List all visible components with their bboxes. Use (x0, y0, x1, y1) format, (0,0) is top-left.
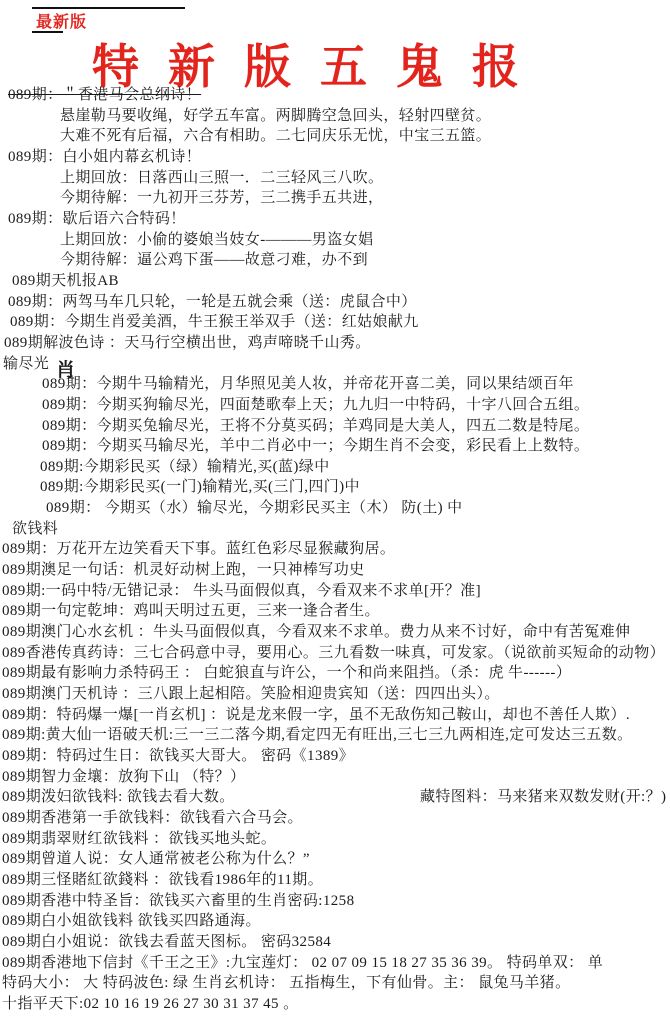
text-line: 今期待解：逼公鸡下蛋——故意刁难，办不到 (0, 250, 670, 271)
text-line: 089期香港地下信封《千王之王》:九宝莲灯： 02 07 09 15 18 27… (0, 953, 670, 974)
document-lines: 089期：＂香港马会总纲诗！悬崖勒马要收绳，好学五车富。两脚腾空急回头，轻射四壁… (0, 85, 670, 1015)
right-column-note: 藏特图料：马来猪来双数发财(开:？) (420, 787, 666, 808)
text-line: 089期澳足一句话：机灵好动树上跑，一只神棒写功史 (0, 560, 670, 581)
text-line: 089期： 今期买（水）输尽光，今期彩民买主（木） 防(土) 中 (0, 498, 670, 519)
text-line: 089期：白小姐内幕玄机诗！ (0, 147, 670, 168)
document: 最新版 特新版五鬼报 089期：＂香港马会总纲诗！悬崖勒马要收绳，好学五车富。两… (0, 0, 670, 1021)
text-line: 089期：今期生肖爱美酒，牛王猴王举双手（送：红姑娘献九 (0, 312, 670, 333)
edition-badge: 最新版 (36, 9, 87, 32)
text-line: 089期一句定乾坤：鸡叫天明过五更，三来一逢合者生。 (0, 601, 670, 622)
text-line: 今期待解：一九初开三芬芳，三二携手五共进， (0, 188, 670, 209)
text-line: 欲钱料 (0, 519, 670, 540)
text-line: 089期:今期彩民买（绿）输精光,买(蓝)绿中 (0, 457, 670, 478)
text-line: 089期澳门天机诗 ：三八跟上起相陪。笑脸相迎贵宾知（送：四四出头）。 (0, 684, 670, 705)
text-line: 悬崖勒马要收绳，好学五车富。两脚腾空急回头，轻射四壁贫。 (0, 106, 670, 127)
text-line: 089期香港第一手欲钱料：欲钱看六合马会。 (0, 808, 670, 829)
text-line: 089期解波色诗 ：天马行空横出世，鸡声啼晓千山秀。 (0, 333, 670, 354)
text-line: 089期：特码过生日：欲钱买大哥大。 密码《1389》 (0, 746, 670, 767)
text-line: 089期：今期买兔输尽光，王将不分莫买码；羊鸡同是大美人，四五二数是特尾。 (0, 416, 670, 437)
text-line: 089期：今期买狗输尽光，四面楚歌奉上天；九九归一中特码，十字八回合五组。 (0, 395, 670, 416)
text-line: 089期智力金壤：放狗下山 （特？） (0, 767, 670, 788)
text-line: 089期泼妇欲钱料: 欲钱去看大数。藏特图料：马来猪来双数发财(开:？) (0, 787, 670, 808)
text-line: 089期:黄大仙一语破天机:三一三二落今期,看定四无有旺出,三七三九两相连,定可… (0, 725, 670, 746)
text-line: 089期：＂香港马会总纲诗！ (0, 85, 670, 106)
text-line: 大难不死有后福，六合有相助。二七同庆乐无忧，中宝三五篮。 (0, 126, 670, 147)
text-line: 089期：今期牛马输精光，月华照见美人妆，并帝花开喜二美，同以果结颂百年 (0, 374, 670, 395)
text-line: 089期香港中特圣旨：欲钱买六畜里的生肖密码:1258 (0, 891, 670, 912)
text-line: 089期澳门心水玄机 ：牛头马面假似真，今看双来不求单。费力从来不讨好，命中有苦… (0, 622, 670, 643)
text-line: 特码大小： 大 特码波色: 绿 生肖玄机诗： 五指梅生，下有仙骨。主： 鼠兔马羊… (0, 973, 670, 994)
text-line: 089期：特码爆一爆[一肖玄机] ：说是龙来假一字，虽不无敌伤知己鞍山，却也不善… (0, 705, 670, 726)
text-line: 上期回放：小偷的婆娘当妓女-———男盗女娼 (0, 230, 670, 251)
text-line: 089期天机报AB (0, 271, 670, 292)
text-line: 输尽光肖 (0, 354, 670, 375)
text-line: 089期：万花开左边笑看天下事。蓝红色彩尽显猴藏狗居。 (0, 539, 670, 560)
text-line: 089期白小姐说：欲钱去看蓝天图标。 密码32584 (0, 932, 670, 953)
text-line: 089香港传真药诗：三七合码意中寻，要用心。三九看数一味真，可发家。（说欲前买短… (0, 643, 670, 664)
badge-under-rule (32, 31, 63, 33)
text-line: 089期:一码中特/无错记录： 牛头马面假似真，今看双来不求单[开？准] (0, 581, 670, 602)
text-line: 十指平天下:02 10 16 19 26 27 30 31 37 45 。 (0, 994, 670, 1015)
text-line: 089期三怪賭紅欲錢料 ：欲钱看1986年的11期。 (0, 870, 670, 891)
text-line: 089期:今期彩民买(一门)输精光,买(三门,四门)中 (0, 477, 670, 498)
text-line: 089期最有影响力杀特码王 ： 白蛇狼直与许公，一个和尚来阻挡。（杀：虎 牛--… (0, 663, 670, 684)
text-line: 089期：两驾马车几只轮，一轮是五就会乘（送：虎鼠合中） (0, 292, 670, 313)
text-line: 089期翡翠财红欲钱料 ：欲钱买地头蛇。 (0, 829, 670, 850)
text-line: 089期曾道人说：女人通常被老公称为什么？” (0, 849, 670, 870)
text-line: 089期白小姐欲钱料 欲钱买四路通海。 (0, 911, 670, 932)
text-line: 089期：歇后语六合特码！ (0, 209, 670, 230)
text-line: 089期：今期买马输尽光，羊中二肖必中一；今期生肖不会变，彩民看上上数特。 (0, 436, 670, 457)
text-line: 上期回放：日落西山三照一．二三轻风三八吹。 (0, 168, 670, 189)
